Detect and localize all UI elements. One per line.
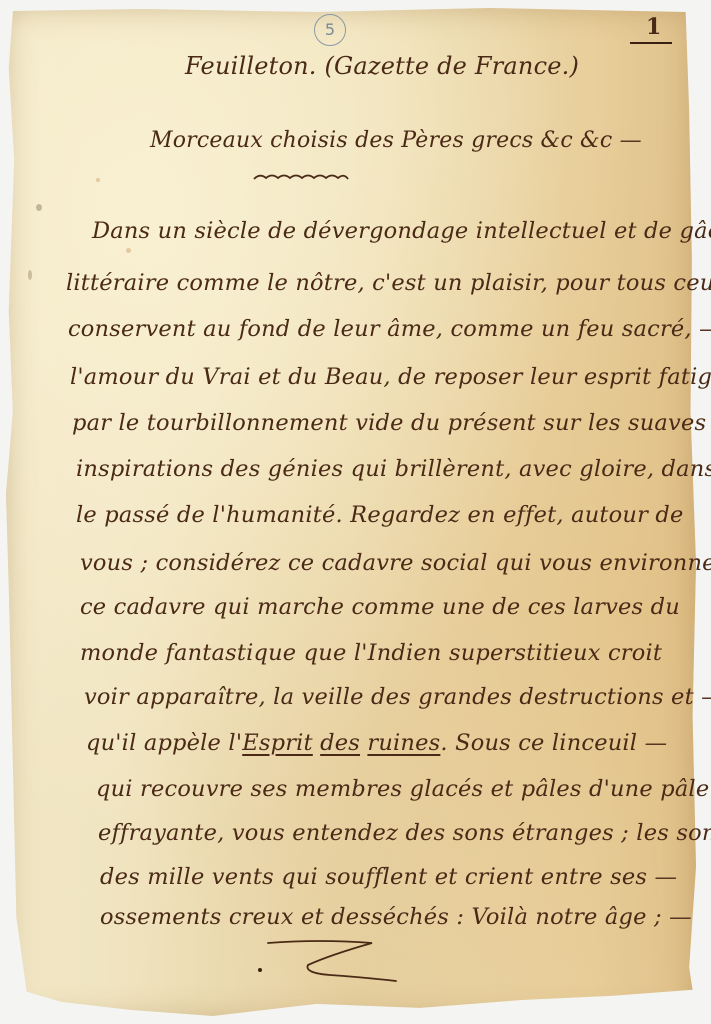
line-dash: — (669, 904, 692, 930)
body-line-15: des mille vents qui soufflent et crient … (100, 864, 677, 890)
body-line-7: le passé de l'humanité. Regardez en effe… (76, 502, 684, 528)
body-line-8: vous ; considérez ce cadavre social qui … (80, 550, 711, 576)
ink-dot (258, 968, 262, 972)
line-text: par le tourbillonnement vide du présent … (72, 410, 706, 436)
body-line-12: qu'il appèle l'Esprit des ruines. Sous c… (86, 730, 667, 756)
body-line-2: littéraire comme le nôtre, c'est un plai… (66, 270, 711, 296)
pin-hole (28, 270, 32, 280)
line-text: Dans un siècle de dévergondage intellect… (92, 218, 711, 244)
underlined-word: Esprit (242, 730, 313, 756)
underlined-word: ruines (367, 730, 440, 756)
body-line-14: effrayante, vous entendez des sons étran… (98, 820, 711, 846)
foxing-spot (126, 248, 131, 253)
body-line-1: Dans un siècle de dévergondage intellect… (92, 218, 711, 244)
line-text: ossements creux et desséchés : Voilà not… (100, 904, 662, 930)
line-text: effrayante, vous entendez des sons étran… (98, 820, 711, 846)
line-text: voir apparaître, la veille des grandes d… (84, 684, 694, 710)
document-header: Feuilleton. (Gazette de France.) (185, 52, 579, 80)
line-text: vous ; considérez ce cadavre social qui … (80, 550, 711, 576)
body-line-5: par le tourbillonnement vide du présent … (72, 410, 711, 436)
header-title: Feuilleton. (185, 52, 317, 80)
line-text: conservent au fond de leur âme, comme un… (68, 316, 692, 342)
body-line-16: ossements creux et desséchés : Voilà not… (100, 904, 692, 930)
line-text: ce cadavre qui marche comme une de ces l… (80, 594, 680, 620)
line-dash: — (701, 684, 711, 710)
line-text: qu'il appèle l' (86, 730, 242, 756)
body-line-11: voir apparaître, la veille des grandes d… (84, 684, 711, 710)
archive-number-stamp: 5 (314, 14, 346, 46)
page-number-underline (630, 42, 672, 44)
header-source: (Gazette de France.) (324, 52, 579, 80)
wavy-separator-icon (252, 172, 350, 182)
line-dash: — (645, 730, 668, 756)
closing-flourish-icon (260, 935, 410, 985)
line-text: monde fantastique que l'Indien superstit… (80, 640, 662, 666)
line-text: . Sous ce linceuil (440, 730, 637, 756)
line-text: le passé de l'humanité. Regardez en effe… (76, 502, 684, 528)
line-dash: — (654, 864, 677, 890)
underlined-word: des (320, 730, 360, 756)
body-line-3: conservent au fond de leur âme, comme un… (68, 316, 711, 342)
pin-hole (36, 204, 42, 211)
subtitle-dash: — (620, 128, 642, 153)
line-dash: — (699, 316, 711, 342)
line-text: qui recouvre ses membres glacés et pâles… (96, 776, 711, 802)
line-text: inspirations des génies qui brillèrent, … (76, 456, 711, 482)
page-number: 1 (646, 14, 662, 40)
line-text: littéraire comme le nôtre, c'est un plai… (66, 270, 711, 296)
line-text: l'amour du Vrai et du Beau, de reposer l… (70, 364, 711, 390)
body-line-4: l'amour du Vrai et du Beau, de reposer l… (70, 364, 711, 390)
subtitle-text: Morceaux choisis des Pères grecs &c &c (150, 128, 612, 153)
body-line-9: ce cadavre qui marche comme une de ces l… (80, 594, 680, 620)
foxing-spot (96, 178, 100, 182)
document-subtitle: Morceaux choisis des Pères grecs &c &c — (150, 128, 642, 153)
body-line-6: inspirations des génies qui brillèrent, … (76, 456, 711, 482)
body-line-10: monde fantastique que l'Indien superstit… (80, 640, 662, 666)
body-line-13: qui recouvre ses membres glacés et pâles… (96, 776, 711, 802)
line-text: des mille vents qui soufflent et crient … (100, 864, 647, 890)
